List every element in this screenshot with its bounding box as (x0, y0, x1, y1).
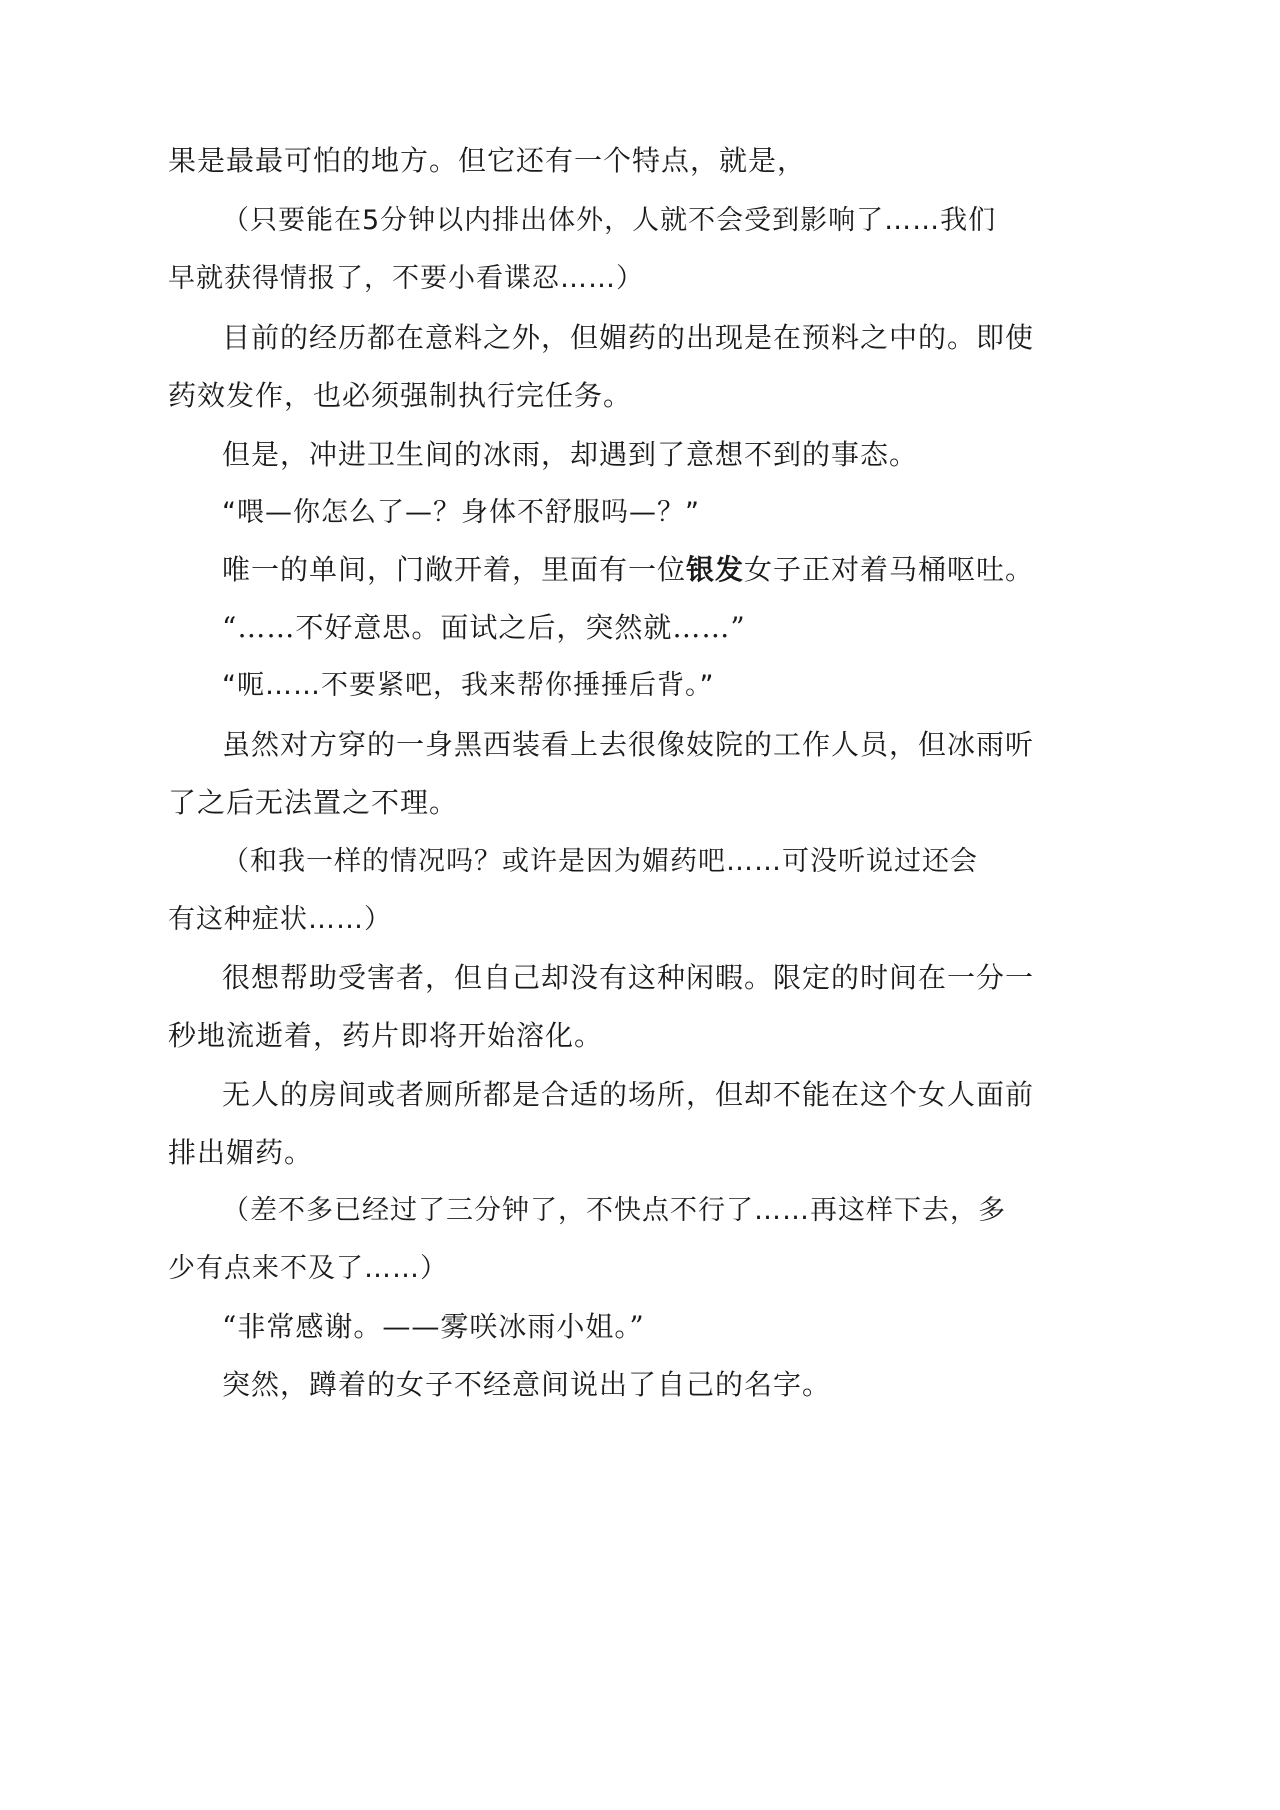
text-line: “非常感谢。——雾咲冰雨小姐。” (222, 1309, 645, 1345)
text-line: （和我一样的情况吗？或许是因为媚药吧……可没听说过还会 (222, 844, 978, 880)
text-line: “喂—你怎么了—？身体不舒服吗—？” (222, 495, 700, 531)
text-line: 目前的经历都在意料之外，但媚药的出现是在预料之中的。即使 (222, 320, 1034, 356)
text-line: 少有点来不及了……） (168, 1251, 448, 1287)
text-line: 秒地流逝着，药片即将开始溶化。 (168, 1018, 603, 1054)
text-line: 了之后无法置之不理。 (168, 785, 458, 821)
document-page: 果是最最可怕的地方。但它还有一个特点，就是， （只要能在5分钟以内排出体外，人就… (0, 0, 1280, 1810)
text-line: 果是最最可怕的地方。但它还有一个特点，就是， (168, 143, 806, 179)
text-line: 唯一的单间，门敞开着，里面有一位银发女子正对着马桶呕吐。 (222, 552, 1034, 588)
text-line: 很想帮助受害者，但自己却没有这种闲暇。限定的时间在一分一 (222, 960, 1034, 996)
text-segment: 女子正对着马桶呕吐。 (744, 553, 1034, 586)
text-line: 虽然对方穿的一身黑西装看上去很像妓院的工作人员，但冰雨听 (222, 727, 1034, 763)
text-line: （只要能在5分钟以内排出体外，人就不会受到影响了……我们 (222, 203, 996, 239)
text-line: （差不多已经过了三分钟了，不快点不行了……再这样下去，多 (222, 1193, 1006, 1229)
text-line: 药效发作，也必须强制执行完任务。 (168, 378, 632, 414)
text-line: “……不好意思。面试之后，突然就……” (222, 610, 746, 646)
text-line: 排出媚药。 (168, 1135, 313, 1171)
text-line: 突然，蹲着的女子不经意间说出了自己的名字。 (222, 1367, 831, 1403)
text-segment: 唯一的单间，门敞开着，里面有一位 (222, 553, 686, 586)
text-line: 无人的房间或者厕所都是合适的场所，但却不能在这个女人面前 (222, 1077, 1034, 1113)
text-line: 有这种症状……） (168, 902, 392, 938)
text-line: 但是，冲进卫生间的冰雨，却遇到了意想不到的事态。 (222, 437, 918, 473)
text-line: 早就获得情报了，不要小看谍忍……） (168, 261, 644, 297)
bold-text: 银发 (686, 553, 744, 586)
text-line: “呃……不要紧吧，我来帮你捶捶后背。” (222, 668, 714, 704)
